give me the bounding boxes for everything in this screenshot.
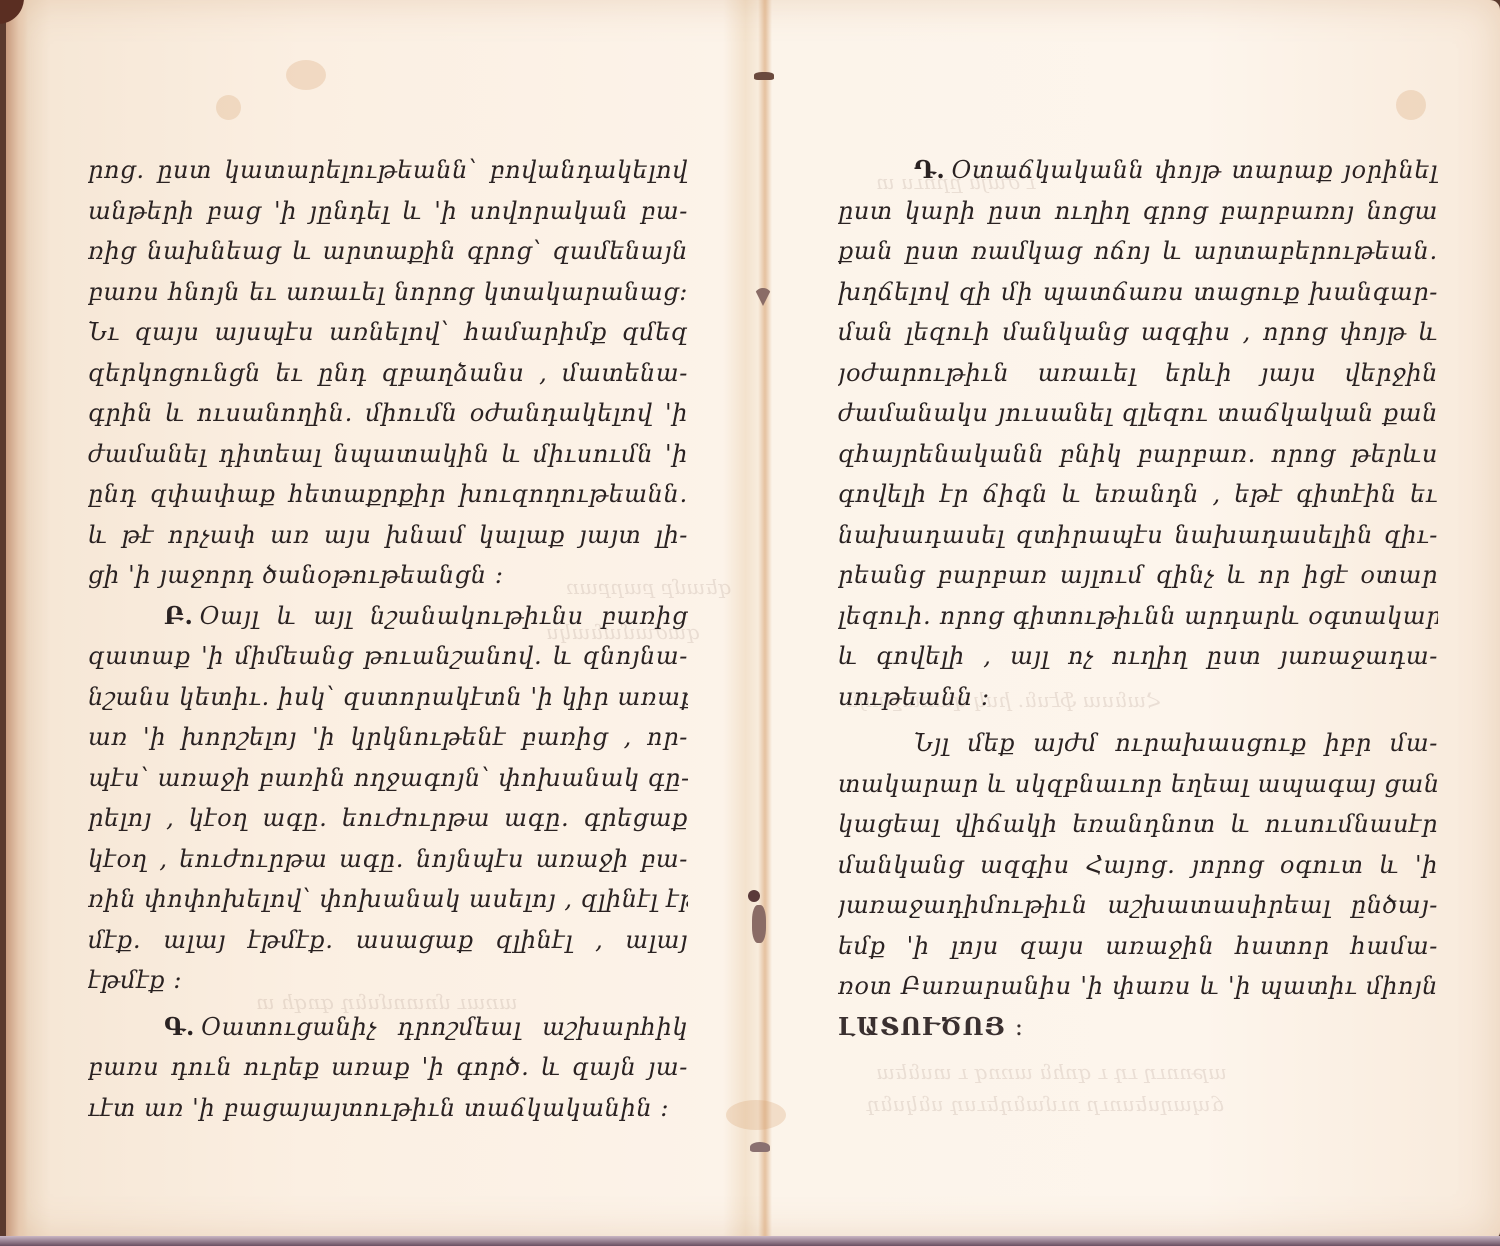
text-line: ռից նախնեաց և արտաքին գրոց՝ զամենայն: [88, 231, 688, 272]
foxing-spot: [216, 95, 241, 120]
text-line: րեանց բարբառ այլում զինչ և որ իցէ օտար: [838, 555, 1438, 596]
text-line: պէս՝ առաջի բառին ողջագոյն՝ փոխանակ գը-: [88, 758, 688, 799]
text-line: ւէտ առ 'ի բացայայտութիւն տաճկականին ։: [88, 1088, 688, 1129]
text-line: րոց․ ըստ կատարելութեանն՝ բովանդակելով: [88, 150, 688, 191]
text-line: և թէ որչափ առ այս խնամ կալաք յայտ լի-: [88, 515, 688, 556]
foxing-spot: [286, 60, 326, 90]
text-line: էթմէք ։: [88, 960, 688, 1001]
text-line: ժամանել դիտեալ նպատակին և միւսումն 'ի: [88, 434, 688, 475]
stain-mark: [750, 1142, 770, 1152]
section-b-first-line: Բ․Օայլ և այլ նշանակութիւնս բառից: [88, 596, 688, 637]
text-line: եմք 'ի լոյս զայս առաջին հատոր համա-: [838, 926, 1438, 967]
text-line: ռին փոփոխելով՝ փոխանակ ասելոյ , զլինէլ է…: [88, 879, 688, 920]
text-line: յառաջադիմութիւն աշխատասիրեալ ընծայ-: [838, 885, 1438, 926]
text-line: կացեալ վիճակի եռանդնոտ և ուսումնասէր: [838, 804, 1438, 845]
text-line: զատաք 'ի միմեանց թուանշանով․ և զնոյնա-: [88, 636, 688, 677]
closing-first-line: Նյլ մեք այժմ ուրախասցուք իբր մա-: [838, 723, 1438, 764]
foxing-spot: [1396, 90, 1426, 120]
text-line: առ 'ի խորշելոյ 'ի կրկնութենէ բառից , որ-: [88, 717, 688, 758]
bleed-through-text: աթոուղ ւդ ւ զոհն առոզ ւ տսնեա: [876, 1060, 1227, 1084]
section-marker: Գ․: [164, 1012, 195, 1041]
text-span: Օտաճկականն փոյթ տարաք յօրինել: [951, 156, 1438, 184]
page-edge: [6, 0, 28, 1238]
section-marker: Դ․: [914, 155, 945, 184]
section-g-first-line: Գ․Օատուցանիչ դրոշմեալ աշխարհիկ: [88, 1007, 688, 1048]
text-span: Օատուցանիչ դրոշմեալ աշխարհիկ: [201, 1013, 688, 1041]
text-span: Օայլ և այլ նշանակութիւնս բառից: [200, 602, 688, 630]
right-page: Դ․Օտաճկականն փոյթ տարաք յօրինել ըստ կարի…: [838, 150, 1438, 1047]
text-line: րելոյ , կէօղ ագը․ եուժուրթա ագը․ գրեցաք: [88, 798, 688, 839]
text-line: անթերի բաց 'ի յընդել և 'ի սովորական բա-: [88, 191, 688, 232]
text-line: ընդ զփափաք հետաքրքիր խուզողութեանն․: [88, 474, 688, 515]
stain-mark: [754, 72, 774, 80]
text-line: կէօղ , եուժուրթա ագը․ նոյնպէս առաջի բա-: [88, 839, 688, 880]
closing-god-word: ԼԱՏՈՒԾՈՅ ։: [838, 1007, 1438, 1048]
stain-mark: [748, 890, 760, 902]
foxing-spot: [726, 1100, 786, 1130]
text-line: սութեանն ։: [838, 677, 1438, 718]
scan-bottom-edge: [0, 1236, 1500, 1246]
text-line: խղճելով զի մի պատճառս տացուք խանգար-: [838, 272, 1438, 313]
text-line: լեզուի․ որոց գիտութիւնն արդարև օգտակար: [838, 596, 1438, 637]
text-line: բառս հնոյն եւ առաւել նորոց կտակարանաց։: [88, 272, 688, 313]
text-line: տակարար և սկզբնաւոր եղեալ ապագայ ցան-: [838, 764, 1438, 805]
text-line: ժամանակս յուսանել զլեզու տաճկական քան: [838, 393, 1438, 434]
stain-mark: [752, 905, 766, 943]
text-line: գովելի էր ճիգն և եռանդն , եթէ գիտէին եւ: [838, 474, 1438, 515]
text-line: Նւ զայս այսպէս առնելով՝ համարիմք զմեզ: [88, 312, 688, 353]
left-page: րոց․ ըստ կատարելութեանն՝ բովանդակելով ան…: [88, 150, 688, 1128]
text-line: ռօտ Բառարանիս 'ի փառս և 'ի պատիւ միոյն: [838, 966, 1438, 1007]
section-marker: Բ․: [164, 601, 194, 630]
text-line: ցի 'ի յաջորդ ծանօթութեանցն ։: [88, 555, 688, 596]
section-d-first-line: Դ․Օտաճկականն փոյթ տարաք յօրինել: [838, 150, 1438, 191]
bleed-through-text: ճպաղսեսուր ումանդեւսդ սնկսնդ: [866, 1092, 1224, 1116]
text-line: մէք․ ալայ էթմէք․ ասացաք զլինէլ , ալայ: [88, 920, 688, 961]
book-gutter: [758, 0, 772, 1238]
text-line: զհայրենականն բնիկ բարբառ․ որոց թերևս: [838, 434, 1438, 475]
text-line: յօժարութիւն առաւել երևի յայս վերջին: [838, 353, 1438, 394]
text-line: մանկանց ազգիս Հայոց․ յորոց օգուտ և 'ի: [838, 845, 1438, 886]
text-line: ման լեզուի մանկանց ազգիս , որոց փոյթ և: [838, 312, 1438, 353]
text-line: նախադասել զտիրապէս նախադասելին զիւ-: [838, 515, 1438, 556]
text-line: և գովելի , այլ ոչ ուղիղ ըստ յառաջադա-: [838, 636, 1438, 677]
text-line: գրին և ուսանողին․ միումն օժանդակելով 'ի: [88, 393, 688, 434]
text-line: ըստ կարի ըստ ուղիղ գրոց բարբառոյ նոցա: [838, 191, 1438, 232]
text-line: բառս դուն ուրեք առաք 'ի գործ․ և զայն յա-: [88, 1047, 688, 1088]
text-line: նշանս կետիւ․ իսկ՝ զստորակէտն 'ի կիր առաք: [88, 677, 688, 718]
text-line: քան ըստ ռամկաց ոճոյ և արտաբերութեան․: [838, 231, 1438, 272]
text-line: զերկոցունցն եւ ընդ զբաղձանս , մատենա-: [88, 353, 688, 394]
